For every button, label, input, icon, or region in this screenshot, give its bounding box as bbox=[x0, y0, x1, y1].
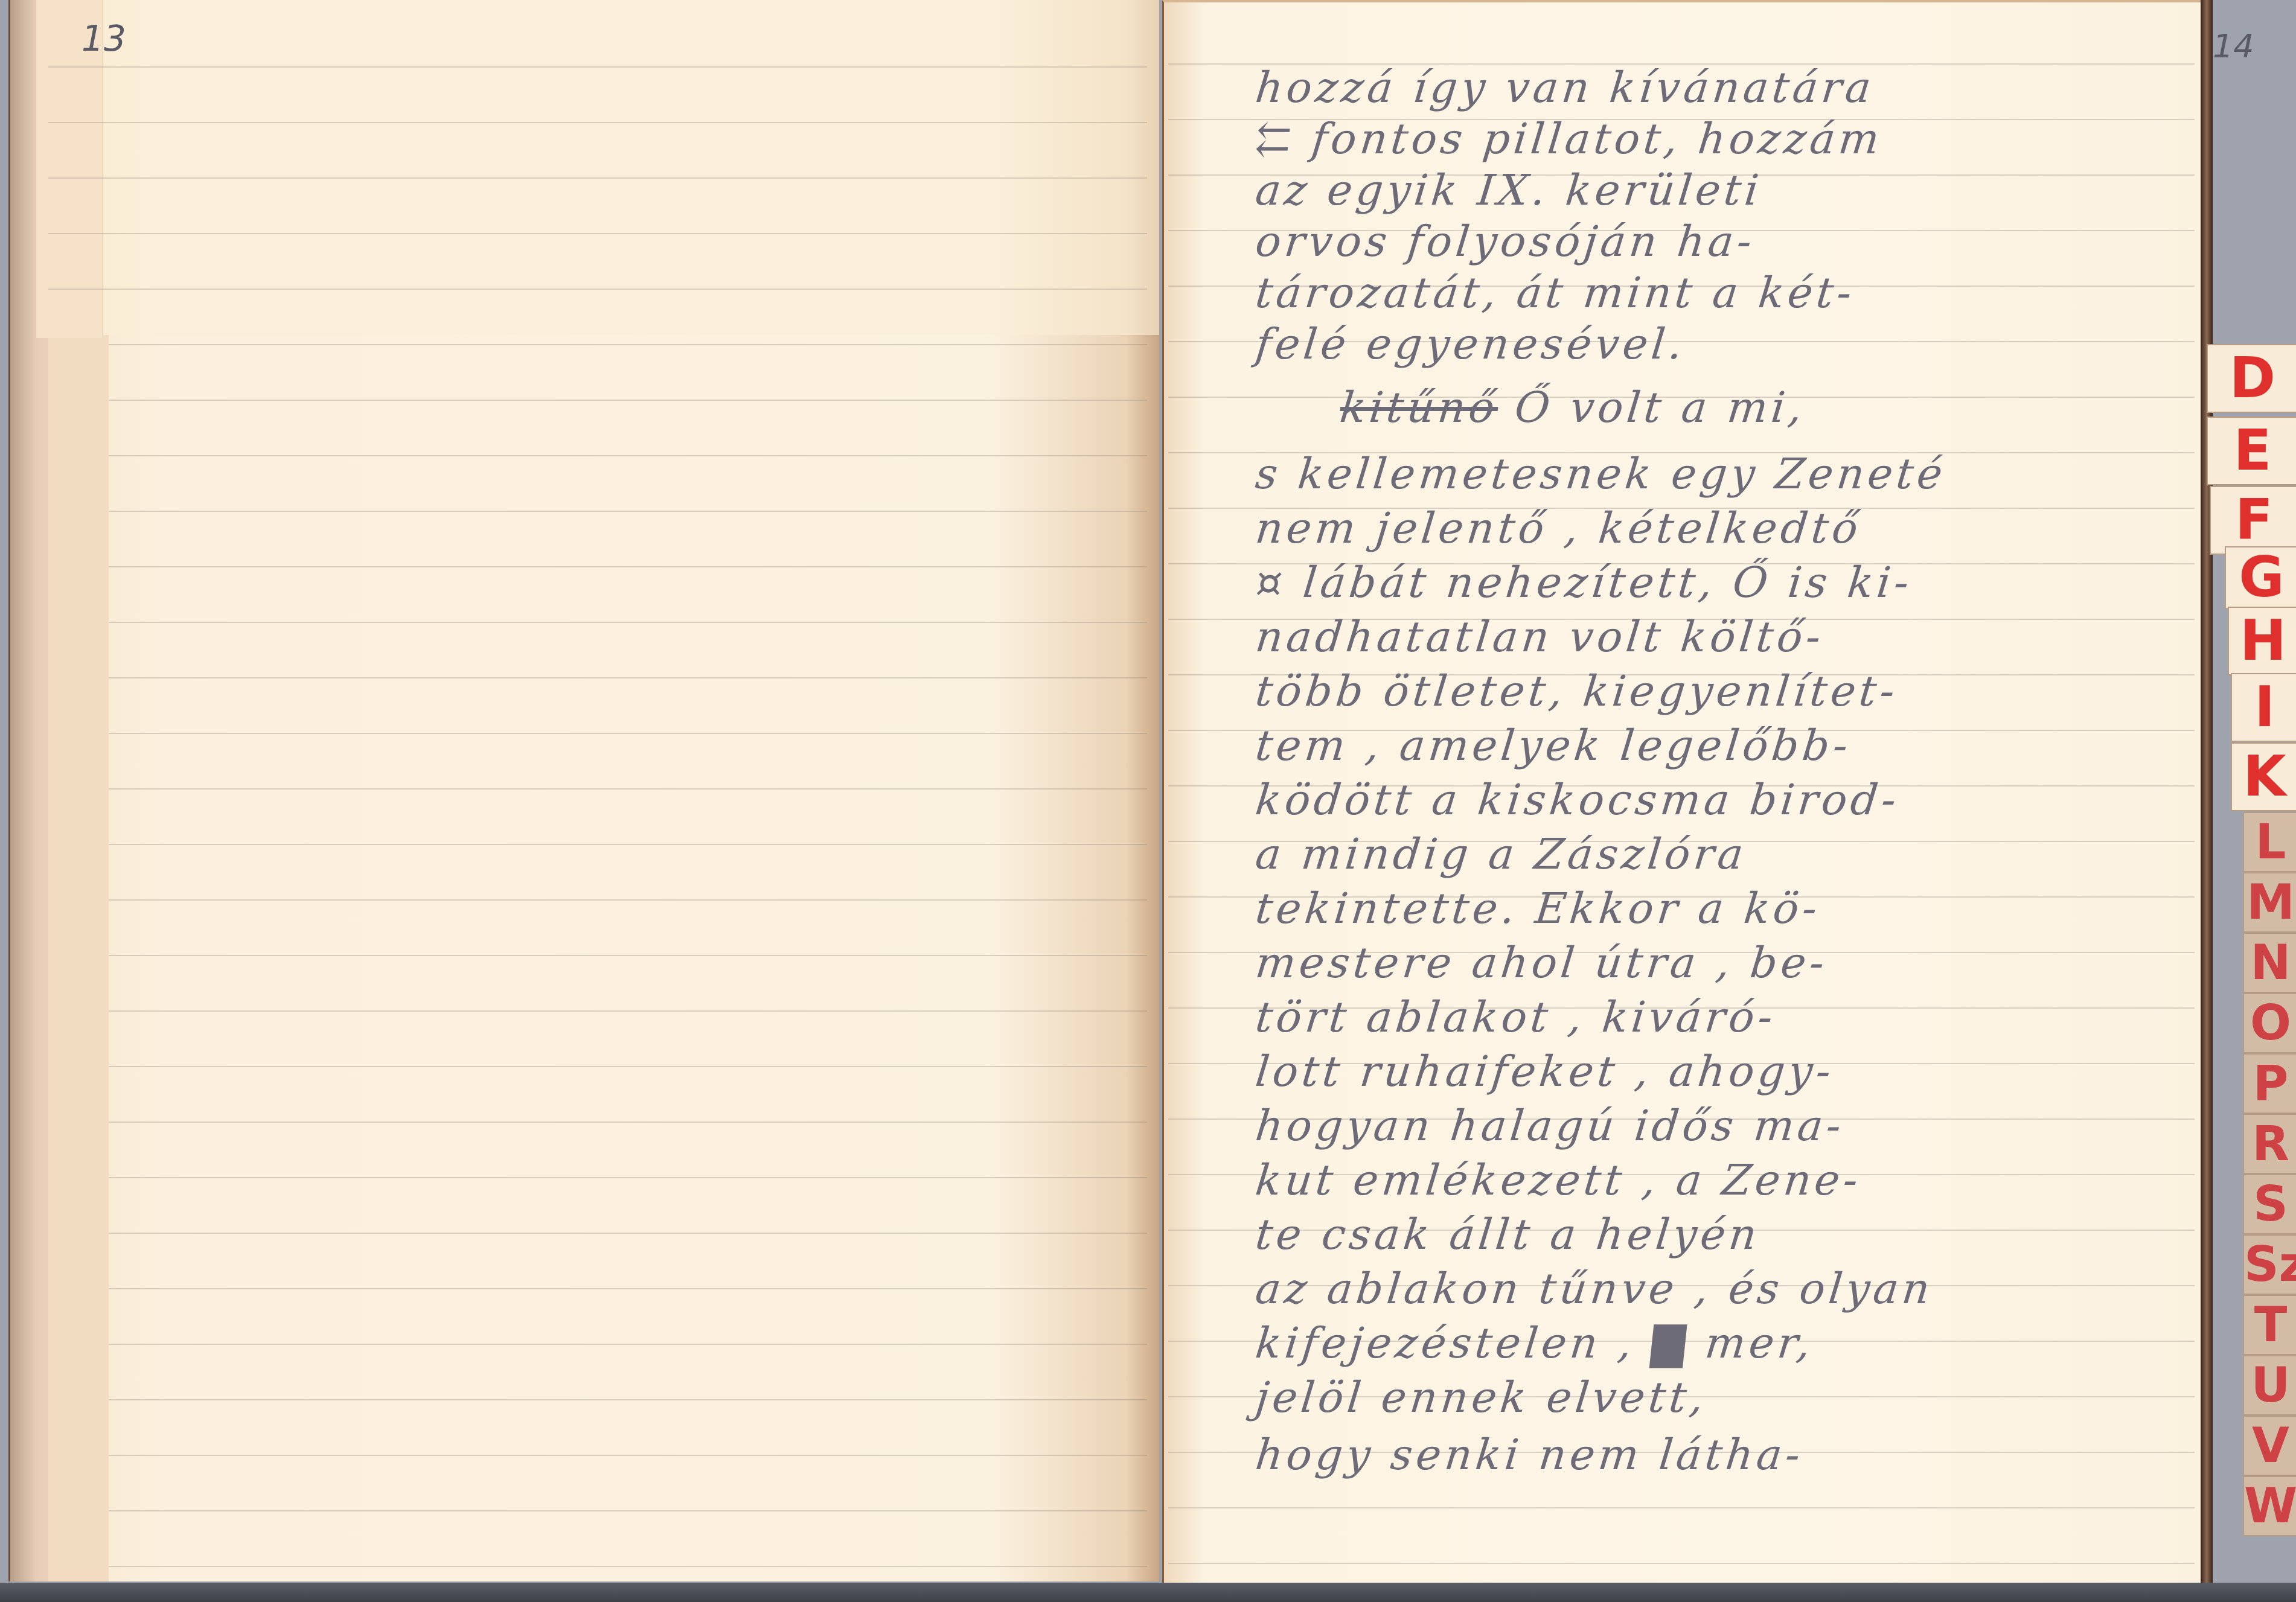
struck-word: kitűnő bbox=[1338, 383, 1501, 432]
index-tab-f[interactable]: F bbox=[2210, 486, 2296, 555]
index-tab-o[interactable]: O bbox=[2243, 993, 2296, 1053]
handwritten-line: hogyan halagú idős ma- bbox=[1253, 1099, 2146, 1153]
handwritten-line: kifejezéstelen , ▇ mer, bbox=[1253, 1316, 2146, 1370]
ruled-line bbox=[109, 1399, 1147, 1400]
ruled-line bbox=[109, 1455, 1147, 1456]
ruled-line bbox=[109, 622, 1147, 623]
index-tab-t[interactable]: T bbox=[2243, 1295, 2296, 1355]
ruled-line bbox=[48, 122, 1147, 123]
handwritten-line: ködött a kiskocsma birod- bbox=[1253, 773, 2146, 827]
ruled-line bbox=[109, 511, 1147, 512]
index-tab-w[interactable]: W bbox=[2243, 1476, 2296, 1536]
ruled-line bbox=[109, 1344, 1147, 1345]
index-tab-p[interactable]: P bbox=[2243, 1053, 2296, 1114]
ruled-line bbox=[48, 177, 1147, 179]
handwritten-line: több ötletet, kiegyenlítet- bbox=[1253, 664, 2146, 718]
index-tab-h[interactable]: H bbox=[2228, 607, 2296, 675]
index-tab-u[interactable]: U bbox=[2243, 1355, 2296, 1415]
handwritten-line: te csak állt a helyén bbox=[1253, 1207, 2146, 1262]
handwritten-line: lott ruhaifeket , ahogy- bbox=[1253, 1044, 2146, 1099]
notebook-bottom-edge bbox=[0, 1583, 2296, 1602]
handwritten-line: felé egyenesével. bbox=[1253, 317, 2146, 371]
ruled-line bbox=[109, 1177, 1147, 1178]
index-tab-i[interactable]: I bbox=[2231, 673, 2296, 742]
ruled-line bbox=[109, 844, 1147, 845]
handwritten-line: ⇇ fontos pillatot, hozzám bbox=[1253, 112, 2146, 166]
ruled-line bbox=[109, 400, 1147, 401]
ruled-line bbox=[48, 289, 1147, 290]
index-tab-v[interactable]: V bbox=[2243, 1415, 2296, 1476]
ruled-line bbox=[109, 1566, 1147, 1567]
ruled-line bbox=[48, 233, 1147, 234]
index-tab-l[interactable]: L bbox=[2243, 812, 2296, 872]
handwritten-line: tározatát, át mint a két- bbox=[1253, 266, 2146, 320]
ruled-line bbox=[1168, 1563, 2195, 1564]
ruled-line bbox=[109, 955, 1147, 956]
ruled-line bbox=[109, 1122, 1147, 1123]
notebook-spread: 13 14 hozzá így van kívánatára ⇇ fontos … bbox=[0, 0, 2296, 1602]
ruled-line bbox=[109, 677, 1147, 678]
ruled-line bbox=[109, 566, 1147, 567]
ruled-line bbox=[109, 788, 1147, 790]
handwritten-line: tört ablakot , kiváró- bbox=[1253, 990, 2146, 1044]
handwritten-line: az ablakon tűnve , és olyan bbox=[1253, 1262, 2146, 1316]
right-page-number: 14 bbox=[2213, 27, 2254, 65]
handwritten-line-with-strikethrough: kitűnő Ő volt a mi, bbox=[1337, 380, 2230, 435]
index-tab-n[interactable]: N bbox=[2243, 933, 2296, 993]
handwritten-line: hogy senki nem látha- bbox=[1253, 1428, 2146, 1482]
ruled-line bbox=[109, 733, 1147, 734]
handwritten-line: hozzá így van kívánatára bbox=[1253, 60, 2146, 115]
index-tab-d[interactable]: D bbox=[2207, 344, 2296, 413]
index-tab-e[interactable]: E bbox=[2207, 416, 2296, 485]
handwritten-line: tekintette. Ekkor a kö- bbox=[1253, 881, 2146, 936]
handwritten-line: nem jelentő , kételkedtő bbox=[1253, 501, 2146, 555]
index-tab-s[interactable]: S bbox=[2243, 1174, 2296, 1234]
handwritten-line: az egyik IX. kerületi bbox=[1253, 163, 2146, 217]
tab-stack-edge bbox=[2201, 0, 2213, 1584]
left-page-number: 13 bbox=[82, 18, 126, 59]
ruled-line bbox=[48, 66, 1147, 68]
index-tab-r[interactable]: R bbox=[2243, 1114, 2296, 1174]
ruled-line bbox=[109, 455, 1147, 456]
left-page-top-strip bbox=[48, 0, 1159, 335]
ruled-line bbox=[109, 899, 1147, 901]
ruled-line bbox=[109, 1510, 1147, 1511]
handwritten-line: tem , amelyek legelőbb- bbox=[1253, 718, 2146, 773]
index-tab-sz[interactable]: Sz bbox=[2243, 1234, 2296, 1295]
ruled-line bbox=[1168, 1507, 2195, 1508]
ruled-line bbox=[109, 1010, 1147, 1012]
handwritten-line: jelöl ennek elvett, bbox=[1253, 1370, 2146, 1425]
handwritten-line: ¤ lábát nehezített, Ő is ki- bbox=[1253, 555, 2146, 610]
left-page-margin bbox=[48, 335, 109, 1581]
index-tab-g[interactable]: G bbox=[2225, 546, 2296, 609]
handwritten-line: a mindig a Zászlóra bbox=[1253, 827, 2146, 881]
handwritten-line: s kellemetesnek egy Zeneté bbox=[1253, 447, 2146, 501]
ruled-line bbox=[109, 1233, 1147, 1234]
ruled-line bbox=[109, 344, 1147, 345]
index-tab-k[interactable]: K bbox=[2231, 742, 2296, 811]
handwritten-line: orvos folyosóján ha- bbox=[1253, 214, 2146, 269]
index-tab-m[interactable]: M bbox=[2243, 872, 2296, 933]
ruled-line bbox=[109, 1066, 1147, 1067]
handwritten-text: Ő volt a mi, bbox=[1512, 383, 1808, 432]
ruled-line bbox=[109, 1288, 1147, 1289]
handwritten-line: mestere ahol útra , be- bbox=[1253, 936, 2146, 990]
handwritten-line: kut emlékezett , a Zene- bbox=[1253, 1153, 2146, 1207]
handwritten-line: nadhatatlan volt költő- bbox=[1253, 610, 2146, 664]
